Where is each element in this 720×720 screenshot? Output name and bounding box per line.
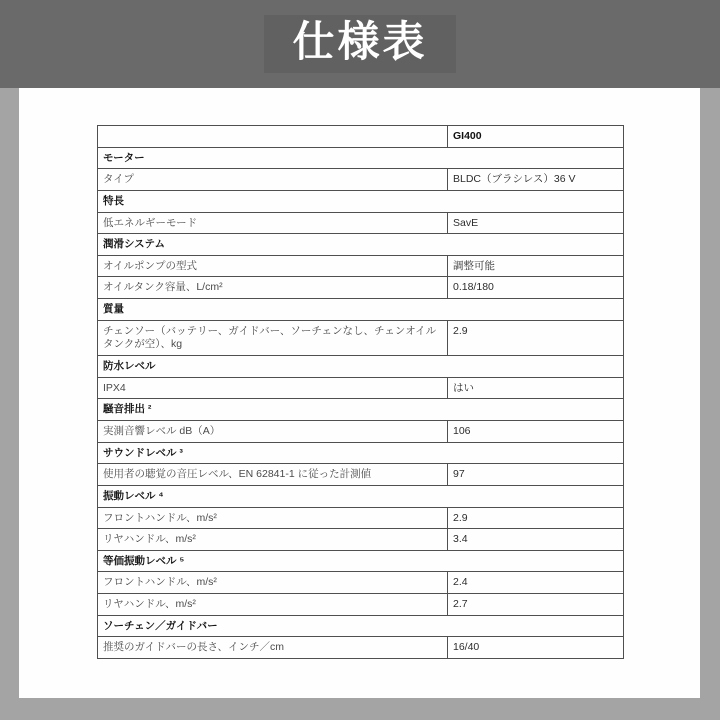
section-title-cell: ソーチェン／ガイドバー <box>98 615 624 637</box>
title-chip: 仕様表 <box>264 15 455 73</box>
spec-row: リヤハンドル、m/s²3.4 <box>98 529 624 551</box>
section-row: 質量 <box>98 299 624 321</box>
spec-value-cell: 16/40 <box>448 637 624 659</box>
section-title-cell: 特長 <box>98 190 624 212</box>
section-row: ソーチェン／ガイドバー <box>98 615 624 637</box>
spec-value-cell: BLDC（ブラシレス）36 V <box>448 169 624 191</box>
spec-table-body: GI400モータータイプBLDC（ブラシレス）36 V特長低エネルギーモードSa… <box>98 126 624 659</box>
section-row: 振動レベル ⁴ <box>98 485 624 507</box>
section-title-cell: 質量 <box>98 299 624 321</box>
section-row: 特長 <box>98 190 624 212</box>
spec-label-cell: リヤハンドル、m/s² <box>98 529 448 551</box>
spec-value-cell: 3.4 <box>448 529 624 551</box>
spec-label-cell: リヤハンドル、m/s² <box>98 594 448 616</box>
spec-row: オイルポンプの型式調整可能 <box>98 255 624 277</box>
spec-value-cell: 2.9 <box>448 320 624 355</box>
spec-label-cell: 低エネルギーモード <box>98 212 448 234</box>
section-title-cell: モーター <box>98 147 624 169</box>
spec-label-cell: オイルポンプの型式 <box>98 255 448 277</box>
section-row: 潤滑システム <box>98 234 624 256</box>
section-row: 防水レベル <box>98 356 624 378</box>
spec-label-cell: IPX4 <box>98 377 448 399</box>
page-title: 仕様表 <box>292 18 427 65</box>
spec-row: 推奨のガイドバーの長さ、インチ／cm16/40 <box>98 637 624 659</box>
section-row: サウンドレベル ³ <box>98 442 624 464</box>
spec-value-cell: はい <box>448 377 624 399</box>
spec-value-cell: 2.4 <box>448 572 624 594</box>
spec-value-cell: 97 <box>448 464 624 486</box>
spec-row: フロントハンドル、m/s²2.9 <box>98 507 624 529</box>
spec-row: 実測音響レベル dB（A）106 <box>98 420 624 442</box>
spec-label-cell: タイプ <box>98 169 448 191</box>
spec-row: 低エネルギーモードSavE <box>98 212 624 234</box>
spec-label-cell: 使用者の聴覚の音圧レベル、EN 62841-1 に従った計測値 <box>98 464 448 486</box>
section-title-cell: 防水レベル <box>98 356 624 378</box>
section-title-cell: 振動レベル ⁴ <box>98 485 624 507</box>
spec-value-cell: 2.9 <box>448 507 624 529</box>
section-title-cell: 騒音排出 ² <box>98 399 624 421</box>
spec-label-cell <box>98 126 448 148</box>
spec-label-cell: チェンソー（バッテリー、ガイドバー、ソーチェンなし、チェンオイルタンクが空）、k… <box>98 320 448 355</box>
spec-row: チェンソー（バッテリー、ガイドバー、ソーチェンなし、チェンオイルタンクが空）、k… <box>98 320 624 355</box>
section-title-cell: サウンドレベル ³ <box>98 442 624 464</box>
spec-table: GI400モータータイプBLDC（ブラシレス）36 V特長低エネルギーモードSa… <box>97 125 624 659</box>
spec-row: リヤハンドル、m/s²2.7 <box>98 594 624 616</box>
model-name-cell: GI400 <box>448 126 624 148</box>
spec-row: オイルタンク容量、L/cm²0.18/180 <box>98 277 624 299</box>
spec-value-cell: 0.18/180 <box>448 277 624 299</box>
model-header-row: GI400 <box>98 126 624 148</box>
spec-row: フロントハンドル、m/s²2.4 <box>98 572 624 594</box>
spec-label-cell: フロントハンドル、m/s² <box>98 572 448 594</box>
spec-row: タイプBLDC（ブラシレス）36 V <box>98 169 624 191</box>
spec-label-cell: 推奨のガイドバーの長さ、インチ／cm <box>98 637 448 659</box>
spec-label-cell: フロントハンドル、m/s² <box>98 507 448 529</box>
spec-value-cell: 2.7 <box>448 594 624 616</box>
section-row: 騒音排出 ² <box>98 399 624 421</box>
section-title-cell: 等価振動レベル ⁵ <box>98 550 624 572</box>
spec-value-cell: SavE <box>448 212 624 234</box>
spec-row: 使用者の聴覚の音圧レベル、EN 62841-1 に従った計測値97 <box>98 464 624 486</box>
spec-row: IPX4はい <box>98 377 624 399</box>
spec-sheet-page: GI400モータータイプBLDC（ブラシレス）36 V特長低エネルギーモードSa… <box>19 88 700 698</box>
section-row: モーター <box>98 147 624 169</box>
spec-value-cell: 106 <box>448 420 624 442</box>
section-row: 等価振動レベル ⁵ <box>98 550 624 572</box>
spec-label-cell: 実測音響レベル dB（A） <box>98 420 448 442</box>
section-title-cell: 潤滑システム <box>98 234 624 256</box>
title-banner: 仕様表 <box>0 0 720 88</box>
spec-label-cell: オイルタンク容量、L/cm² <box>98 277 448 299</box>
spec-value-cell: 調整可能 <box>448 255 624 277</box>
